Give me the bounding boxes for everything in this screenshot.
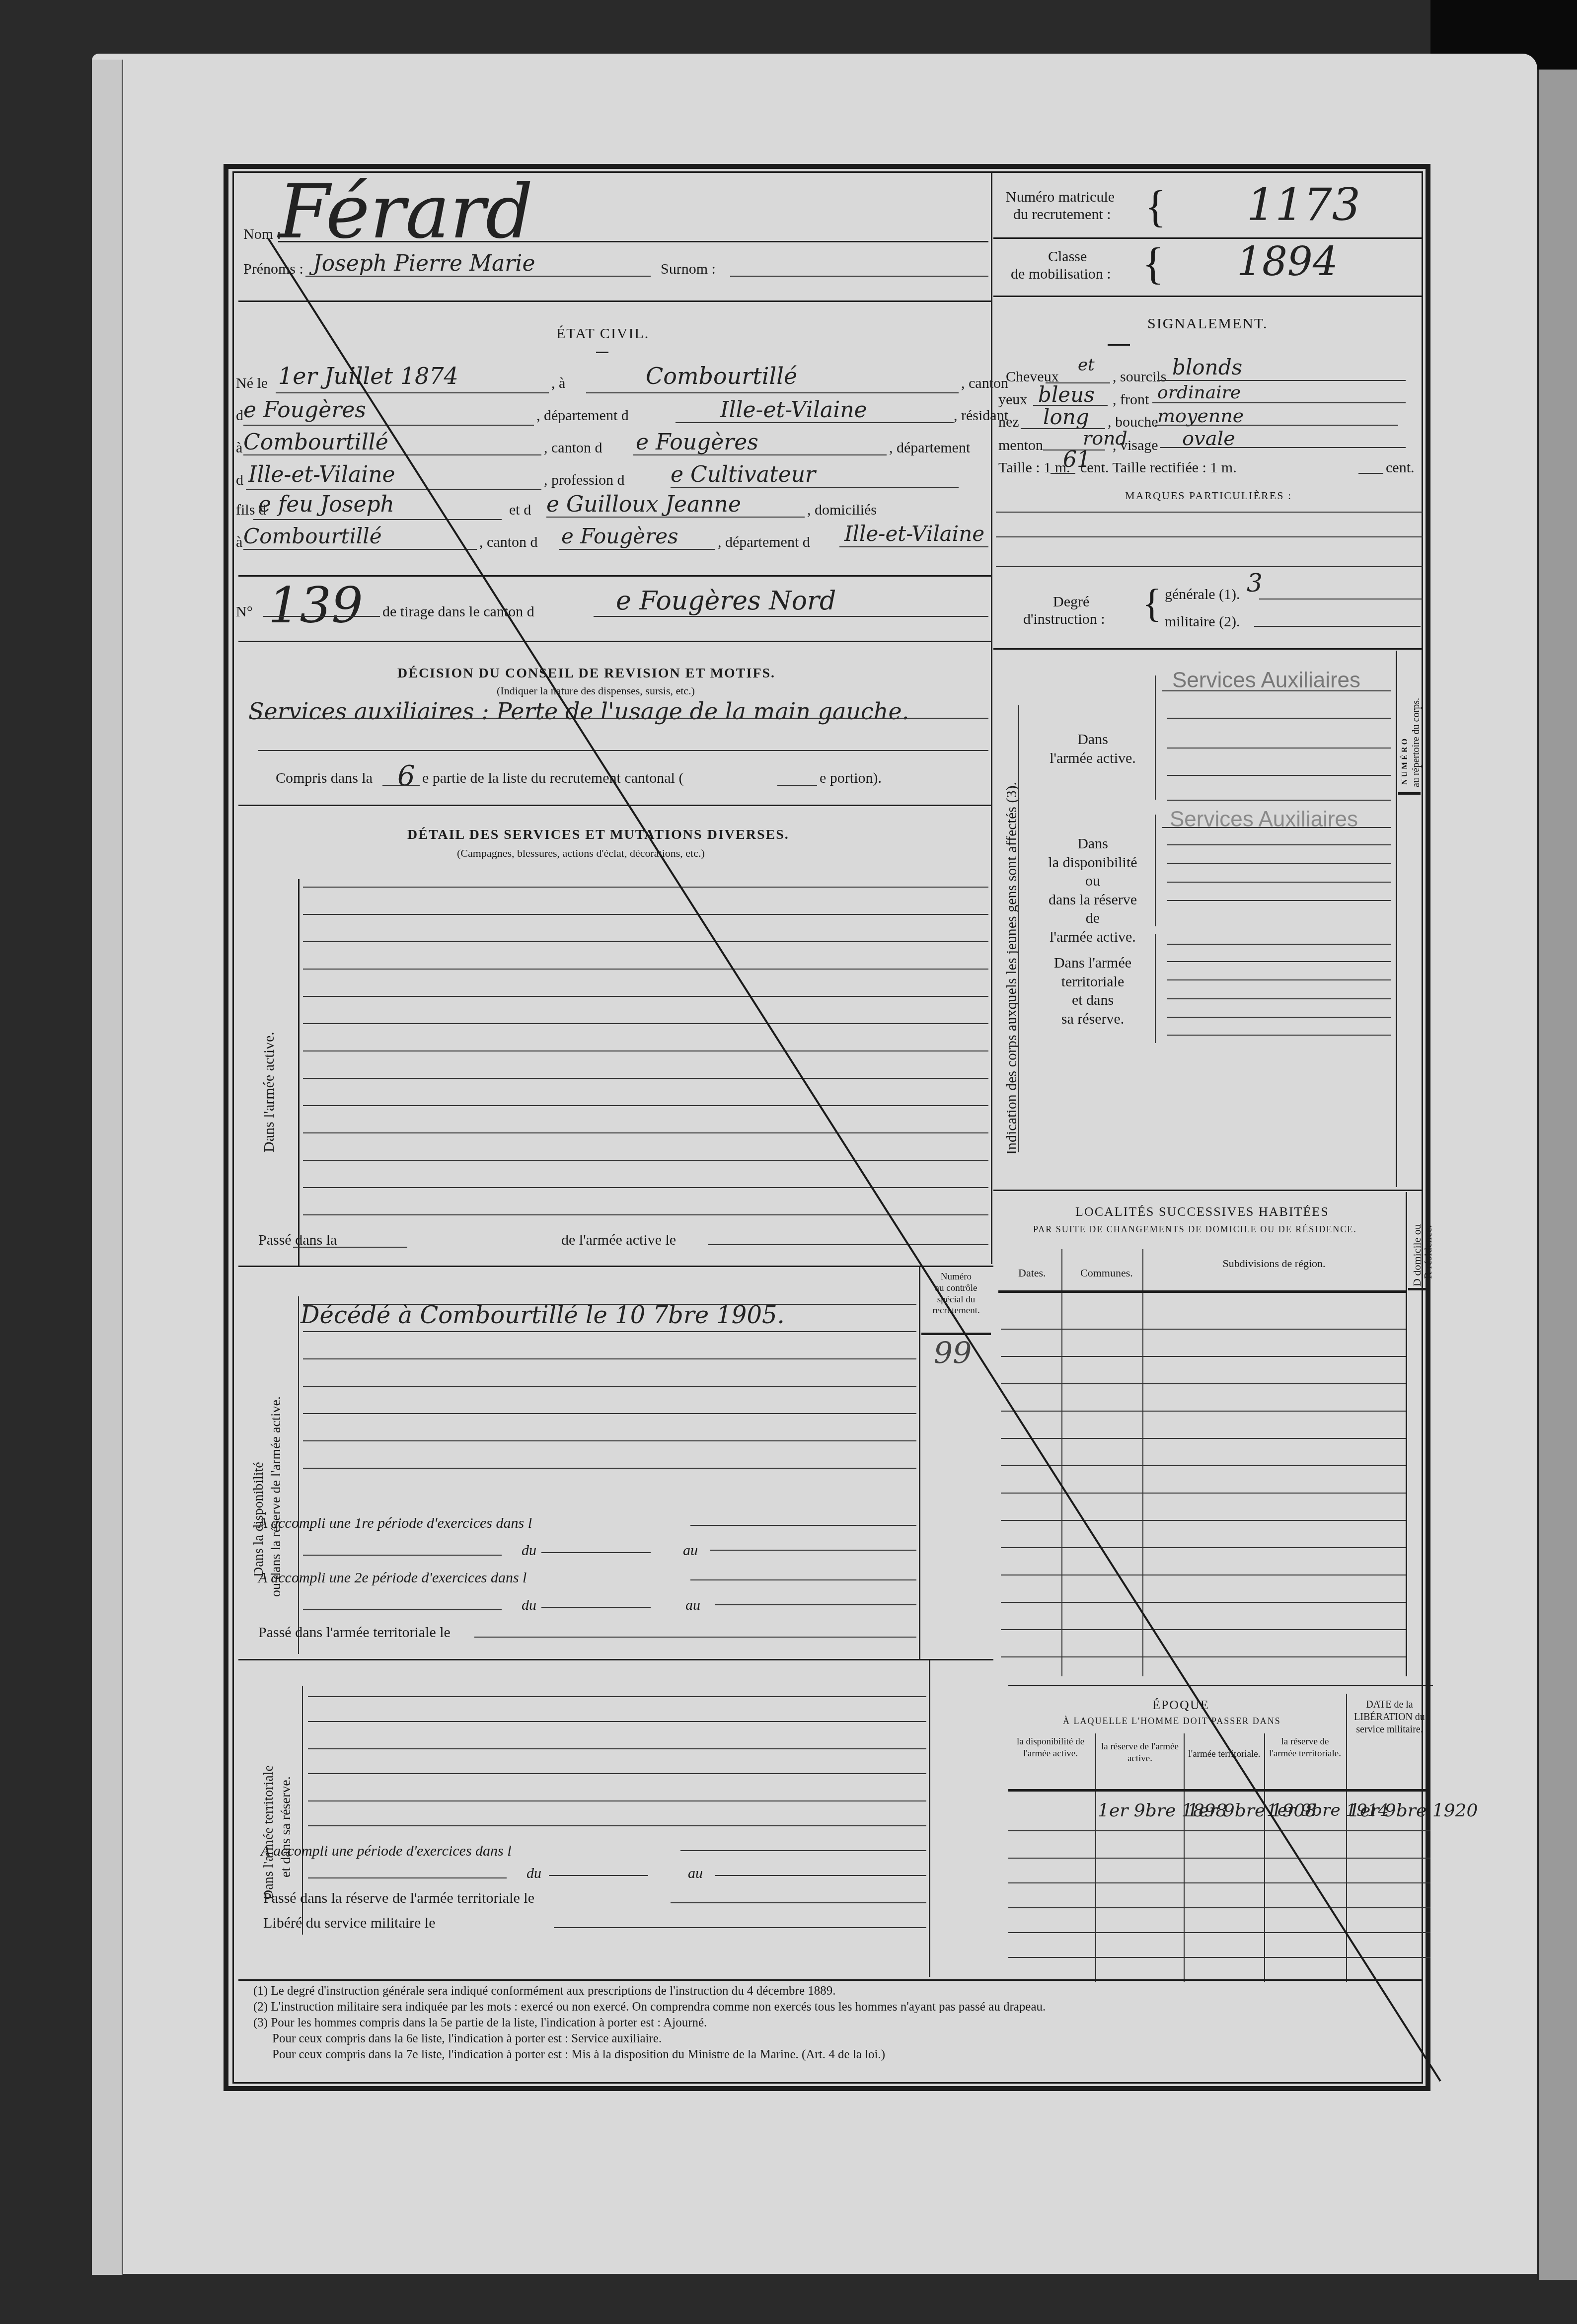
corps-terr-line-1 bbox=[1167, 944, 1391, 945]
epoque-row-6 bbox=[1008, 1957, 1430, 1958]
localites-col-dates: Dates. bbox=[1018, 1267, 1046, 1279]
epoque-col-4: la réserve de l'armée territoriale. bbox=[1267, 1736, 1344, 1760]
instruction-brace: { bbox=[1142, 581, 1161, 626]
prenoms-underline bbox=[305, 276, 651, 277]
passe-label-2: de l'armée active le bbox=[561, 1232, 676, 1249]
localites-row-2 bbox=[1001, 1356, 1406, 1357]
localites-separator bbox=[1008, 1685, 1433, 1686]
periode-terr-label: A accompli une période d'exercices dans … bbox=[261, 1843, 512, 1860]
services-dispo-side-2: ou dans la réserve de l'armée active. bbox=[268, 1396, 284, 1597]
corps-dispo-label-4: dans la réserve bbox=[1033, 891, 1152, 909]
instruction-label-2: d'instruction : bbox=[1023, 611, 1105, 628]
corps-terr-label: Dans l'armée territoriale et dans sa rés… bbox=[1033, 954, 1152, 1028]
visage-label: , visage bbox=[1113, 437, 1158, 454]
services-terr-side-1: Dans l'armée territoriale bbox=[261, 1765, 277, 1900]
a-label: , à bbox=[551, 375, 565, 392]
domicile-parents-underline bbox=[243, 549, 477, 550]
corps-terr-label-1: Dans l'armée bbox=[1033, 954, 1152, 973]
services-dispo-line-5 bbox=[303, 1413, 916, 1414]
profession: e Cultivateur bbox=[671, 462, 816, 487]
departement-residence-underline bbox=[246, 489, 541, 490]
numero-controle-value: 99 bbox=[934, 1336, 972, 1371]
corps-active-stamp: Services Auxiliaires bbox=[1172, 668, 1360, 693]
instruction-label-1: Degré bbox=[1053, 594, 1089, 610]
front-value: ordinaire bbox=[1157, 382, 1241, 403]
passe-reserve-terr-underline bbox=[671, 1902, 926, 1903]
epoque-title: ÉPOQUE bbox=[1152, 1698, 1209, 1713]
departement-naissance: Ille-et-Vilaine bbox=[720, 397, 867, 423]
localites-col-divider-1 bbox=[1061, 1249, 1062, 1676]
corps-dispo-brace bbox=[1155, 815, 1156, 926]
signalement-title: SIGNALEMENT. bbox=[1147, 315, 1268, 332]
localites-row-11 bbox=[1001, 1602, 1406, 1603]
localites-row-3 bbox=[1001, 1383, 1406, 1384]
services-active-line-2 bbox=[303, 914, 988, 915]
generale-value: 3 bbox=[1247, 569, 1263, 598]
etat-civil-title: ÉTAT CIVIL. bbox=[556, 325, 649, 342]
localites-row-7 bbox=[1001, 1493, 1406, 1494]
domicile-parents: Combourtillé bbox=[243, 524, 382, 548]
epoque-row-3 bbox=[1008, 1882, 1430, 1883]
periode1-du-underline-pre bbox=[303, 1555, 502, 1556]
corps-dispo-stamp: Services Auxiliaires bbox=[1170, 807, 1358, 832]
footnotes-separator bbox=[238, 1979, 1423, 1981]
instruction-separator bbox=[993, 648, 1423, 650]
lieu-naissance-underline bbox=[586, 392, 959, 393]
canton-parents: e Fougères bbox=[561, 524, 678, 548]
localites-header-rule bbox=[998, 1290, 1406, 1293]
localites-col-subdivisions: Subdivisions de région. bbox=[1147, 1257, 1401, 1271]
periode2-au-label: au bbox=[685, 1597, 700, 1614]
marques-line-2 bbox=[996, 536, 1423, 537]
periode1-au-label: au bbox=[683, 1542, 698, 1559]
passe-terr-underline bbox=[474, 1637, 916, 1638]
residence: Combourtillé bbox=[243, 430, 388, 455]
column-divider bbox=[991, 171, 992, 1264]
militaire-underline bbox=[1254, 626, 1421, 627]
classe-value: 1894 bbox=[1237, 238, 1338, 285]
localites-row-10 bbox=[1001, 1574, 1406, 1575]
yeux-label: yeux bbox=[998, 391, 1027, 408]
corps-side-bracket bbox=[1018, 705, 1019, 1152]
footnote-3: (3) Pour les hommes compris dans la 5e p… bbox=[253, 2016, 707, 2030]
corps-active-line-3 bbox=[1167, 748, 1391, 749]
decision-title: DÉCISION DU CONSEIL DE REVISION ET MOTIF… bbox=[397, 666, 775, 681]
cent-label: cent. bbox=[1386, 459, 1414, 476]
services-terr-line-6 bbox=[308, 1825, 926, 1826]
classe-separator bbox=[993, 296, 1423, 297]
domicilies-label: , domiciliés bbox=[807, 502, 877, 519]
corps-terr-line-6 bbox=[1167, 1035, 1391, 1036]
corps-active-line-5 bbox=[1167, 800, 1391, 801]
compris-label-2: e partie de la liste du recrutement cant… bbox=[422, 770, 683, 787]
cheveux-value: et bbox=[1078, 355, 1095, 375]
corps-dispo-line-1 bbox=[1162, 827, 1391, 828]
services-dispo-line-3 bbox=[303, 1358, 916, 1359]
mere-underline bbox=[546, 517, 805, 518]
localites-row-9 bbox=[1001, 1547, 1406, 1548]
services-active-line-13 bbox=[303, 1214, 988, 1215]
departement-naissance-underline bbox=[676, 422, 954, 423]
passe-reserve-terr-label: Passé dans la réserve de l'armée territo… bbox=[263, 1890, 534, 1907]
localites-side-2: R résidence. bbox=[1422, 1225, 1434, 1279]
corps-separator bbox=[993, 1190, 1423, 1191]
corps-terr-line-3 bbox=[1167, 979, 1391, 980]
footnote-3c: Pour ceux compris dans la 7e liste, l'in… bbox=[272, 2048, 885, 2062]
services-terr-side-2: et dans sa réserve. bbox=[278, 1776, 294, 1877]
surnom-underline bbox=[730, 276, 988, 277]
corps-side-label: Indication des corps auxquels les jeunes… bbox=[1003, 782, 1020, 1155]
numero-repertoire-rule bbox=[1398, 792, 1421, 795]
epoque-row-4 bbox=[1008, 1907, 1430, 1908]
epoque-row-1 bbox=[1008, 1830, 1430, 1831]
decision-value: Services auxiliaires : Perte de l'usage … bbox=[248, 698, 909, 725]
a2-label: à bbox=[236, 440, 242, 456]
corps-terr-brace bbox=[1155, 934, 1156, 1043]
residence-underline bbox=[243, 454, 541, 455]
portion-underline bbox=[777, 785, 817, 786]
periode2-du-label: du bbox=[522, 1597, 536, 1614]
services-terr-line-1 bbox=[308, 1696, 926, 1697]
passe-underline-2 bbox=[708, 1244, 988, 1245]
tirage-canton: e Fougères Nord bbox=[616, 586, 836, 616]
services-dispo-separator bbox=[238, 1659, 993, 1660]
epoque-subtitle: À LAQUELLE L'HOMME DOIT PASSER DANS bbox=[1063, 1716, 1281, 1726]
localites-row-1 bbox=[1001, 1329, 1406, 1330]
periode-terr-du-underline-pre bbox=[308, 1877, 507, 1878]
services-dispo-line-2 bbox=[303, 1331, 916, 1332]
localites-col-communes: Communes. bbox=[1080, 1267, 1133, 1279]
departement-parents: Ille-et-Vilaine bbox=[844, 522, 984, 546]
services-terr-line-4 bbox=[308, 1773, 926, 1774]
signalement-rule bbox=[1108, 344, 1130, 346]
marques-line-1 bbox=[996, 512, 1423, 513]
corps-terr-line-4 bbox=[1167, 998, 1391, 999]
d-label: d bbox=[236, 472, 243, 489]
canton-naissance: e Fougères bbox=[243, 397, 366, 423]
nom-label: Nom : bbox=[243, 226, 281, 243]
bouche-underline bbox=[1155, 425, 1398, 426]
libere-underline bbox=[554, 1927, 926, 1928]
services-terr-right-divider bbox=[929, 1659, 930, 1977]
taille-underline bbox=[1051, 473, 1075, 474]
taille-rectifiee-underline bbox=[1358, 473, 1383, 474]
numero-controle-divider bbox=[919, 1267, 920, 1659]
services-active-brace bbox=[298, 879, 300, 1267]
services-terr-line-5 bbox=[308, 1800, 926, 1801]
passe-underline-1 bbox=[293, 1247, 407, 1248]
epoque-col-2: la réserve de l'armée active. bbox=[1098, 1741, 1182, 1765]
profession-label: , profession d bbox=[544, 472, 624, 489]
services-active-line-7 bbox=[303, 1050, 988, 1051]
pere-underline bbox=[253, 519, 502, 520]
numero-repertoire-label-2: au répertoire du corps. bbox=[1411, 698, 1422, 787]
generale-label: générale (1). bbox=[1165, 586, 1240, 603]
compris-partie-underline bbox=[382, 785, 420, 786]
services-dispo-line-7 bbox=[303, 1468, 916, 1469]
prenoms-label: Prénoms : bbox=[243, 261, 303, 278]
classe-label-1: Classe bbox=[1048, 248, 1087, 265]
canton-residence-underline bbox=[633, 454, 887, 455]
corps-active-label-1: Dans bbox=[1043, 730, 1142, 749]
menton-label: menton bbox=[998, 437, 1043, 454]
epoque-col-3: l'armée territoriale. bbox=[1187, 1748, 1262, 1760]
page-binding-edge bbox=[92, 60, 123, 2275]
decision-underline-2 bbox=[258, 750, 988, 751]
epoque-row-5 bbox=[1008, 1932, 1430, 1933]
tirage-numero: 139 bbox=[268, 576, 363, 634]
footnote-3b: Pour ceux compris dans la 6e liste, l'in… bbox=[272, 2032, 662, 2046]
next-page-edge bbox=[1537, 70, 1577, 2280]
nez-value: long bbox=[1043, 405, 1089, 429]
corps-dispo-label-5: de bbox=[1033, 909, 1152, 928]
localites-right-divider bbox=[1406, 1192, 1407, 1676]
periode2-du-underline-pre bbox=[303, 1609, 502, 1610]
corps-dispo-label: Dans la disponibilité ou dans la réserve… bbox=[1033, 834, 1152, 946]
decision-separator bbox=[238, 805, 991, 806]
canton-label: , canton bbox=[961, 375, 1008, 392]
lieu-naissance: Combourtillé bbox=[646, 363, 797, 389]
services-dispo-line-4 bbox=[303, 1386, 916, 1387]
localites-subtitle: PAR SUITE DE CHANGEMENTS DE DOMICILE OU … bbox=[1033, 1224, 1357, 1235]
periode1-au-underline bbox=[710, 1550, 916, 1551]
periode2-underline bbox=[690, 1579, 916, 1580]
periode1-du-underline bbox=[541, 1552, 651, 1553]
periode-terr-au-underline bbox=[715, 1875, 926, 1876]
taille-cent-label: cent. Taille rectifiée : 1 m. bbox=[1080, 459, 1237, 476]
matricule-separator bbox=[993, 237, 1423, 239]
a3-label: à bbox=[236, 534, 242, 551]
localites-side-rule bbox=[1408, 1288, 1428, 1290]
corps-dispo-label-6: l'armée active. bbox=[1033, 928, 1152, 947]
canton3-label: , canton d bbox=[479, 534, 537, 551]
generale-underline bbox=[1259, 599, 1423, 600]
periode2-au-underline bbox=[715, 1604, 916, 1605]
corps-dispo-line-2 bbox=[1167, 844, 1391, 845]
marques-label: MARQUES PARTICULIÈRES : bbox=[1125, 489, 1292, 502]
services-active-line-11 bbox=[303, 1160, 988, 1161]
header-separator bbox=[238, 300, 991, 302]
matricule-label-1: Numéro matricule bbox=[1006, 189, 1115, 206]
tirage-no-label: N° bbox=[236, 603, 253, 620]
corps-dispo-line-5 bbox=[1167, 900, 1391, 901]
periode2-du-underline bbox=[541, 1607, 651, 1608]
bouche-value: moyenne bbox=[1157, 405, 1244, 427]
epoque-row-2 bbox=[1008, 1858, 1430, 1859]
periode-terr-du-label: du bbox=[526, 1865, 541, 1882]
etat-civil-rule bbox=[596, 352, 608, 353]
nom-underline bbox=[278, 241, 988, 242]
corps-active-label-2: l'armée active. bbox=[1043, 749, 1142, 768]
localites-row-13 bbox=[1001, 1656, 1406, 1657]
services-active-side: Dans l'armée active. bbox=[261, 1032, 278, 1152]
corps-active-brace bbox=[1155, 675, 1156, 800]
services-active-line-1 bbox=[303, 887, 988, 888]
ne-le-value: 1er Juillet 1874 bbox=[278, 363, 458, 389]
corps-terr-line-2 bbox=[1167, 961, 1391, 962]
visage-underline bbox=[1160, 447, 1406, 448]
services-dispo-brace bbox=[298, 1296, 299, 1654]
nez-label: nez bbox=[998, 414, 1019, 431]
libere-label: Libéré du service militaire le bbox=[263, 1915, 436, 1932]
epoque-col-1: la disponibilité de l'armée active. bbox=[1008, 1736, 1093, 1760]
tirage-label: de tirage dans le canton d bbox=[382, 603, 534, 620]
services-terr-line-3 bbox=[308, 1748, 926, 1749]
corps-terr-label-3: et dans bbox=[1033, 991, 1152, 1010]
footnote-1: (1) Le degré d'instruction générale sera… bbox=[253, 1984, 836, 1998]
departement-parents-underline bbox=[839, 546, 988, 547]
surnom-label: Surnom : bbox=[661, 261, 716, 278]
localites-row-8 bbox=[1001, 1520, 1406, 1521]
et-label: et d bbox=[509, 502, 531, 519]
services-active-line-3 bbox=[303, 941, 988, 942]
ne-le-label: Né le bbox=[236, 375, 268, 392]
militaire-label: militaire (2). bbox=[1165, 613, 1240, 630]
periode1-label: A accompli une 1re période d'exercices d… bbox=[258, 1515, 532, 1532]
passe-terr-label: Passé dans l'armée territoriale le bbox=[258, 1624, 451, 1641]
corps-terr-label-4: sa réserve. bbox=[1033, 1010, 1152, 1029]
corps-dispo-line-3 bbox=[1167, 863, 1391, 864]
tirage-separator bbox=[238, 641, 991, 642]
corps-dispo-line-4 bbox=[1167, 882, 1391, 883]
localites-row-12 bbox=[1001, 1629, 1406, 1630]
periode-terr-au-label: au bbox=[688, 1865, 703, 1882]
liberation-label: DATE de la LIBÉRATION du service militai… bbox=[1349, 1699, 1430, 1736]
departement-residence: Ille-et-Vilaine bbox=[248, 462, 395, 487]
localites-row-4 bbox=[1001, 1411, 1406, 1412]
passe-label-1: Passé dans la bbox=[258, 1232, 337, 1249]
canton-d-label: , canton d bbox=[544, 440, 602, 456]
services-active-line-9 bbox=[303, 1105, 988, 1106]
services-active-line-12 bbox=[303, 1187, 988, 1188]
localites-title: LOCALITÉS SUCCESSIVES HABITÉES bbox=[1075, 1204, 1329, 1219]
ne-le-underline bbox=[276, 392, 549, 393]
canton-parents-underline bbox=[559, 549, 715, 550]
de-label: d bbox=[236, 407, 243, 424]
sourcils-underline bbox=[1157, 380, 1406, 381]
numero-repertoire-label-1: NUMÉRO bbox=[1401, 737, 1410, 785]
localites-row-6 bbox=[1001, 1465, 1406, 1466]
epoque-liberation-divider bbox=[1346, 1694, 1347, 1982]
periode1-du-label: du bbox=[522, 1542, 536, 1559]
services-terr-line-2 bbox=[308, 1721, 926, 1722]
periode-terr-underline bbox=[680, 1850, 926, 1851]
matricule-label-2: du recrutement : bbox=[1013, 206, 1111, 223]
yeux-value: bleus bbox=[1038, 382, 1095, 407]
services-active-line-5 bbox=[303, 996, 988, 997]
liberation-value: 1er 9bre 1920 bbox=[1349, 1800, 1478, 1821]
numero-controle-label-1: Numéro bbox=[921, 1272, 991, 1283]
marques-line-3 bbox=[996, 566, 1423, 567]
localites-row-5 bbox=[1001, 1438, 1406, 1439]
footnote-2: (2) L'instruction militaire sera indiqué… bbox=[253, 2000, 1046, 2014]
services-active-line-4 bbox=[303, 969, 988, 970]
epoque-header-rule bbox=[1008, 1789, 1430, 1792]
departement3-label: , département d bbox=[718, 534, 810, 551]
services-dispo-line-6 bbox=[303, 1440, 916, 1441]
compris-label-3: e portion). bbox=[820, 770, 882, 787]
services-active-line-6 bbox=[303, 1023, 988, 1024]
localites-col-divider-2 bbox=[1142, 1249, 1143, 1676]
form-inner-frame bbox=[232, 171, 1423, 2084]
compris-label-1: Compris dans la bbox=[276, 770, 373, 787]
decision-subtitle: (Indiquer la nature des dispenses, sursi… bbox=[497, 684, 695, 697]
decision-underline-1 bbox=[258, 718, 988, 719]
deces-value: Décédé à Combourtillé le 10 7bre 1905. bbox=[300, 1301, 785, 1329]
matricule-brace: { bbox=[1145, 181, 1166, 232]
front-underline bbox=[1152, 402, 1406, 403]
tirage-canton-underline bbox=[594, 616, 988, 617]
numero-controle-label-4: recrutement. bbox=[921, 1305, 991, 1317]
corps-active-line-4 bbox=[1167, 775, 1391, 776]
periode-terr-du-underline bbox=[549, 1875, 648, 1876]
classe-brace: { bbox=[1142, 238, 1164, 290]
pere: e feu Joseph bbox=[258, 492, 394, 517]
periode2-label: A accompli une 2e période d'exercices da… bbox=[258, 1570, 526, 1586]
canton-residence: e Fougères bbox=[636, 430, 758, 455]
periode1-underline bbox=[690, 1525, 916, 1526]
mere: e Guilloux Jeanne bbox=[546, 492, 741, 517]
corps-terr-label-2: territoriale bbox=[1033, 973, 1152, 991]
services-active-line-10 bbox=[303, 1132, 988, 1133]
corps-dispo-label-2: la disponibilité bbox=[1033, 853, 1152, 872]
numero-controle-rule bbox=[921, 1333, 991, 1335]
corps-terr-line-5 bbox=[1167, 1017, 1391, 1018]
services-active-line-8 bbox=[303, 1078, 988, 1079]
services-subtitle: (Campagnes, blessures, actions d'éclat, … bbox=[457, 847, 705, 860]
numero-controle-label: Numéro au contrôle spécial du recrutemen… bbox=[921, 1272, 991, 1317]
front-label: , front bbox=[1113, 391, 1149, 408]
services-active-separator bbox=[238, 1266, 993, 1267]
numero-repertoire-divider bbox=[1396, 651, 1397, 1187]
departement2-label: , département bbox=[889, 440, 970, 456]
matricule-value: 1173 bbox=[1247, 179, 1360, 231]
sourcils-value: blonds bbox=[1172, 355, 1242, 379]
departement-label: , département d bbox=[536, 407, 629, 424]
corps-active-label: Dans l'armée active. bbox=[1043, 730, 1142, 767]
corps-active-line-2 bbox=[1167, 718, 1391, 719]
corps-active-line-1 bbox=[1162, 690, 1391, 691]
canton-naissance-underline bbox=[243, 425, 534, 426]
corps-dispo-label-1: Dans bbox=[1033, 834, 1152, 853]
numero-controle-label-2: au contrôle bbox=[921, 1283, 991, 1294]
prenoms-value: Joseph Pierre Marie bbox=[313, 251, 535, 276]
compris-partie: 6 bbox=[397, 760, 415, 792]
corps-dispo-label-3: ou bbox=[1033, 872, 1152, 891]
profession-underline bbox=[671, 487, 959, 488]
services-title: DÉTAIL DES SERVICES ET MUTATIONS DIVERSE… bbox=[407, 827, 789, 843]
classe-label-2: de mobilisation : bbox=[1011, 266, 1111, 283]
numero-controle-label-3: spécial du bbox=[921, 1294, 991, 1306]
tirage-numero-underline bbox=[263, 616, 380, 617]
